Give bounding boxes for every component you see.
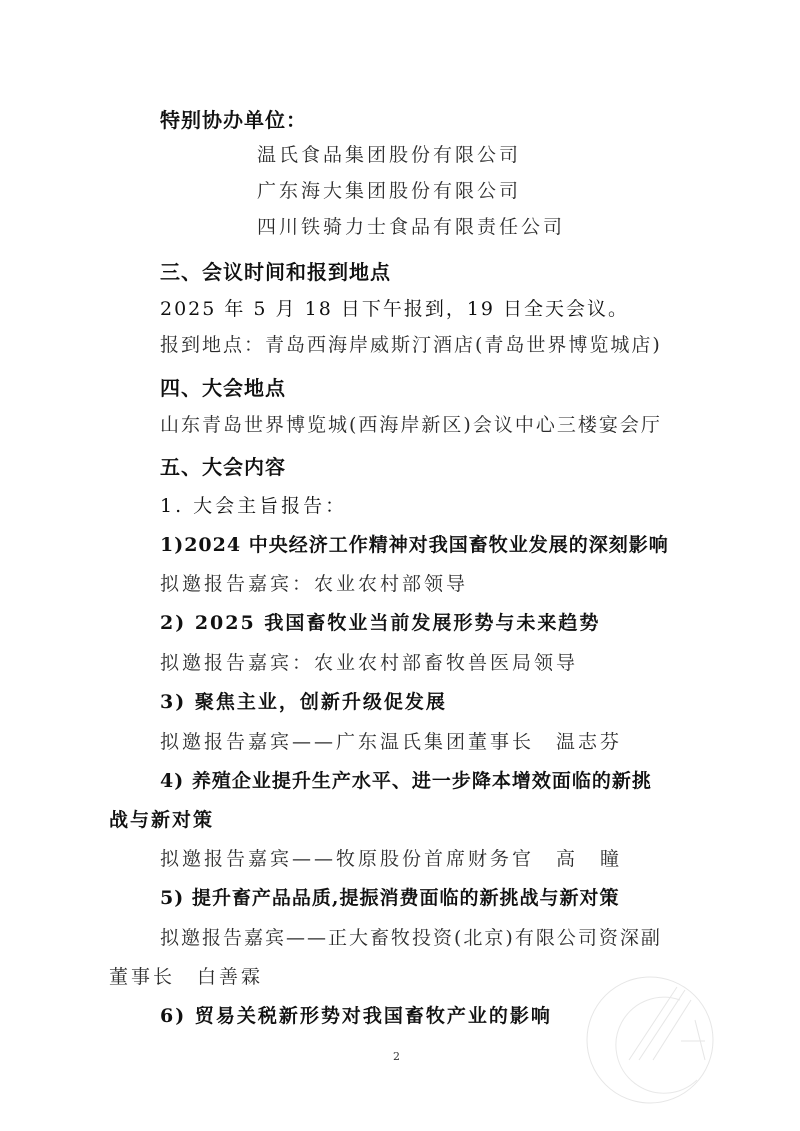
venue-address: 山东青岛世界博览城(西海岸新区)会议中心三楼宴会厅 [160,413,662,437]
co-organizer-company: 广东海大集团股份有限公司 [257,179,521,203]
report-title-2: 2) 2025 我国畜牧业当前发展形势与未来趋势 [160,611,600,635]
co-organizers-label: 特别协办单位： [160,108,307,132]
report-title-6: 6) 贸易关税新形势对我国畜牧产业的影响 [160,1004,552,1028]
report-speaker-5-line1: 拟邀报告嘉宾——正大畜牧投资(北京)有限公司资深副 [160,926,662,950]
report-speaker-5-line2: 董事长 白善霖 [109,965,263,989]
report-title-4-line1: 4) 养殖企业提升生产水平、进一步降本增效面临的新挑 [160,769,652,793]
report-speaker-3: 拟邀报告嘉宾——广东温氏集团董事长 温志芬 [160,730,622,754]
meeting-schedule: 2025 年 5 月 18 日下午报到，19 日全天会议。 [160,297,629,321]
report-title-5: 5) 提升畜产品品质,提振消费面临的新挑战与新对策 [160,886,619,910]
registration-location: 报到地点：青岛西海岸威斯汀酒店(青岛世界博览城店) [160,333,662,357]
section-heading-content: 五、大会内容 [160,455,286,479]
section-heading-venue: 四、大会地点 [160,376,286,400]
section-heading-meeting-time: 三、会议时间和报到地点 [160,260,391,284]
report-speaker-4: 拟邀报告嘉宾——牧原股份首席财务官 高 瞳 [160,847,622,871]
report-title-1: 1)2024 中央经济工作精神对我国畜牧业发展的深刻影响 [160,533,669,557]
co-organizer-company: 四川铁骑力士食品有限责任公司 [257,215,565,239]
report-title-4-line2: 战与新对策 [109,808,214,832]
report-speaker-1: 拟邀报告嘉宾：农业农村部领导 [160,572,468,596]
page-number: 2 [393,1050,400,1063]
report-title-3: 3) 聚焦主业，创新升级促发展 [160,690,447,714]
co-organizer-company: 温氏食品集团股份有限公司 [257,143,521,167]
keynote-subheading: 1. 大会主旨报告： [160,494,347,518]
ca-logo-icon [585,975,725,1115]
report-speaker-2: 拟邀报告嘉宾：农业农村部畜牧兽医局领导 [160,651,578,675]
